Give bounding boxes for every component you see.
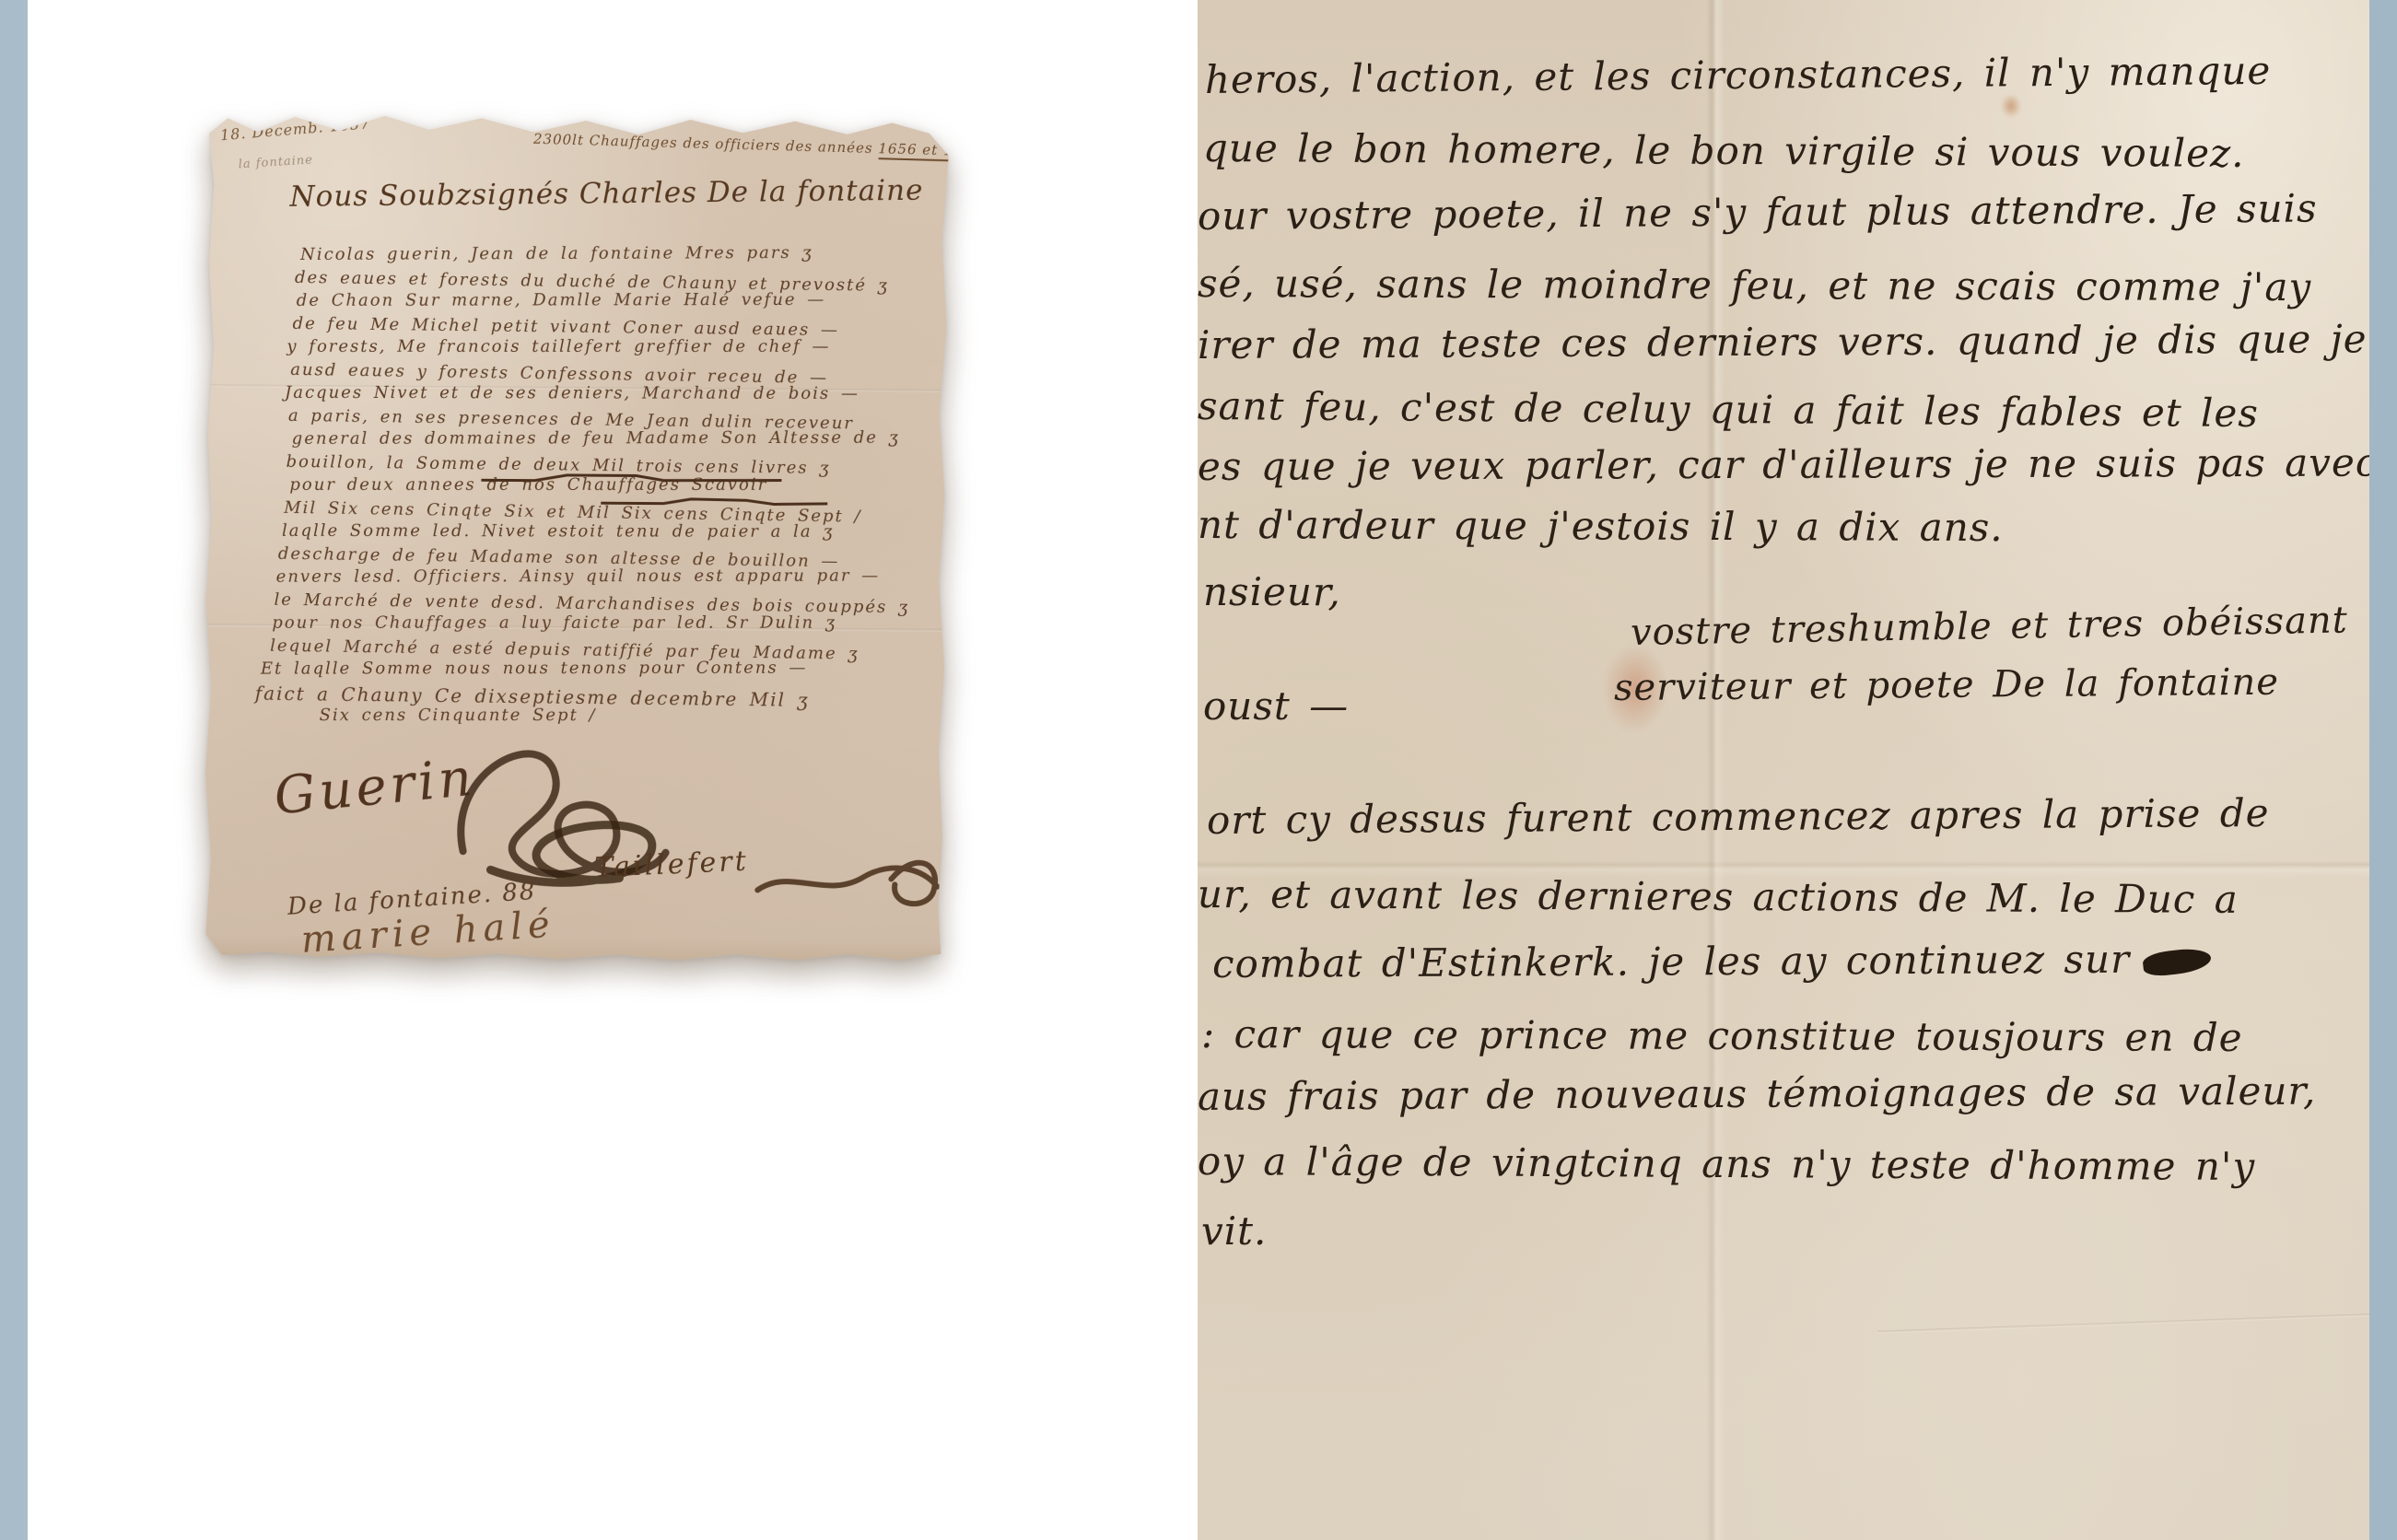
catalog-spread: 18. Decemb. 1657 la fontaine 2300lt Chau… [0,0,2397,1540]
body-line: envers lesd. Officiers. Ainsy quil nous … [276,566,881,587]
ink-underline [599,496,829,508]
letter-line: : car que ce prince me constitue tousjou… [1201,1011,2243,1060]
letter-line: irer de ma teste ces derniers vers. quan… [1198,316,2368,367]
body-line: pour nos Chauffages a luy faicte par led… [272,613,836,633]
letter-line: es que je veux parler, car d'ailleurs je… [1198,440,2369,489]
letter-line: ort cy dessus furent commencez apres la … [1207,790,2270,843]
letter-line: aus frais par de nouveaus témoignages de… [1198,1068,2316,1119]
body-line: de Chaon Sur marne, Damlle Marie Halé ve… [297,290,826,310]
valediction-line: vostre treshumble et tres obéissant [1631,599,2349,654]
signature-taillefert: Taillefert [594,846,750,885]
header-annotation-text: 2300lt Chauffages des officiers des anné… [533,131,873,157]
taillefert-paraph-flourish [753,848,946,914]
ink-blot [2142,947,2212,978]
right-gutter-stripe [2369,0,2397,1540]
date-annotation: 18. Decemb. 1657 [219,114,371,144]
ink-speck [2001,94,2021,118]
letter-detail-photo: heros, l'action, et les circonstances, i… [1198,0,2369,1540]
letter-line: combat d'Estinkerk. je les ay continuez … [1212,936,2211,986]
date-fragment: oust — [1203,683,1349,729]
letter-line: oy a l'âge de vingtcinq ans n'y teste d'… [1198,1138,2255,1189]
ink-underline [479,471,783,485]
body-line: general des dommaines de feu Madame Son … [292,428,900,449]
body-line: y forests, Me francois taillefert greffi… [286,337,830,356]
letter-line-text: combat d'Estinkerk. je les ay continuez … [1212,937,2130,986]
body-line: Jacques Nivet et de ses deniers, Marchan… [285,383,859,403]
salutation-fragment: nsieur, [1203,569,1341,614]
letter-line: our vostre poete, il ne s'y faut plus at… [1198,186,2318,239]
manuscript-photo: 18. Decemb. 1657 la fontaine 2300lt Chau… [200,108,952,965]
left-gutter-stripe [0,0,28,1540]
header-annotation-years: 1656 et 1657 [878,140,952,162]
valediction-signature: serviteur et poete De la fontaine [1614,661,2279,709]
letter-line: ur, et avant les dernieres actions de M.… [1198,871,2239,922]
letter-line: heros, l'action, et les circonstances, i… [1205,48,2272,102]
paper-crease [1877,1312,2369,1334]
body-line: laqlle Somme led. Nivet estoit tenu de p… [282,521,834,542]
letter-last-line: vit. [1201,1208,1267,1254]
body-line: Nicolas guerin, Jean de la fontaine Mres… [300,243,813,264]
header-annotation: 2300lt Chauffages des officiers des anné… [533,131,952,160]
opening-line: Nous Soubzsignés Charles De la fontaine [289,174,923,214]
letter-line: sé, usé, sans le moindre feu, et ne scai… [1198,261,2311,309]
letter-line: que le bon homere, le bon virgile si vou… [1203,125,2245,176]
letter-line: nt d'ardeur que j'estois il y a dix ans. [1198,502,2004,550]
body-line: Et laqlle Somme nous nous tenons pour Co… [261,659,807,679]
manuscript-paper: 18. Decemb. 1657 la fontaine 2300lt Chau… [200,108,952,965]
letter-line: sant feu, c'est de celuy qui a fait les … [1198,383,2259,436]
pencil-note: la fontaine [238,153,313,171]
